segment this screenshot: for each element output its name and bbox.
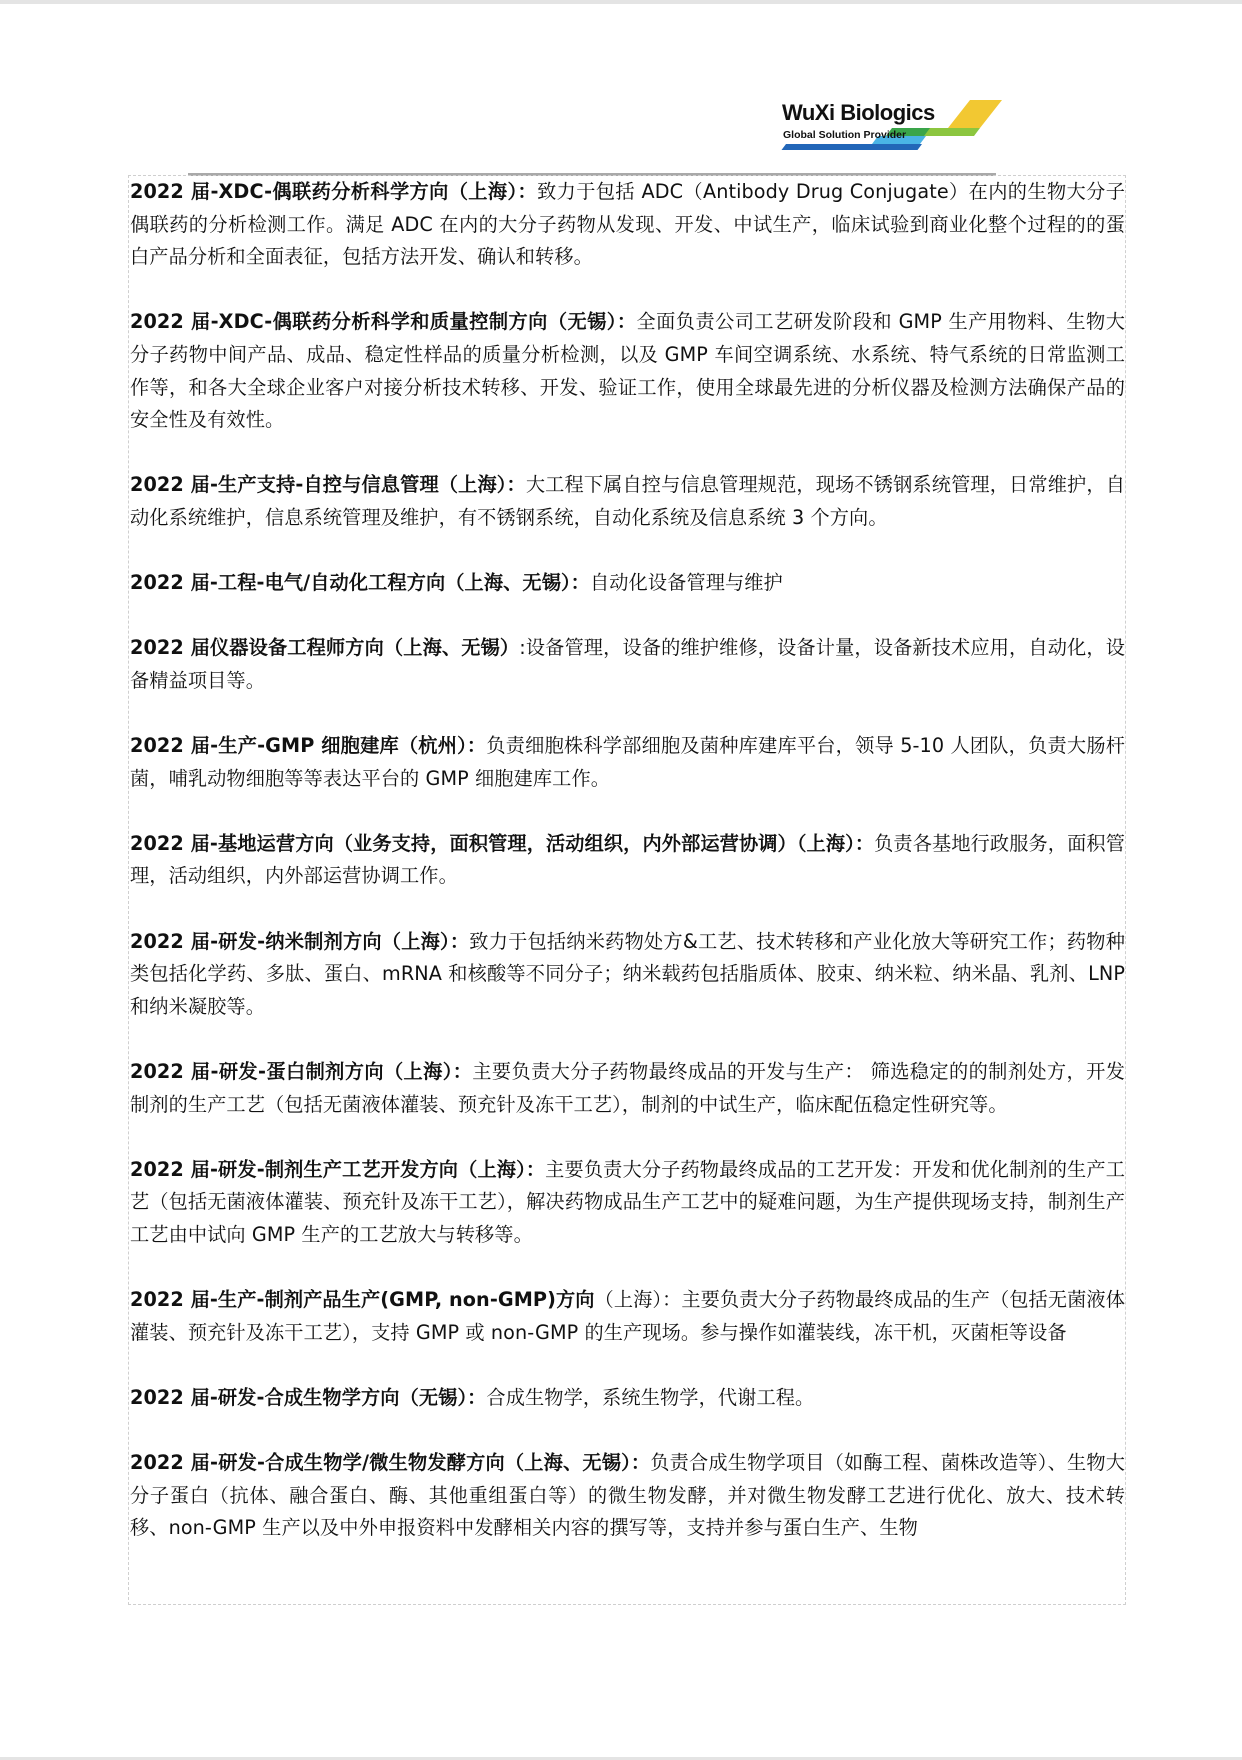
section-microbial-fermentation: 2022 届-研发-合成生物学/微生物发酵方向（上海、无锡）：负责合成生物学项目…: [130, 1447, 1125, 1545]
section-heading: 2022 届仪器设备工程师方向（上海、无锡）: [130, 636, 519, 659]
section-xdc-analytical-shanghai: 2022 届-XDC-偶联药分析科学方向（上海）：致力于包括 ADC（Antib…: [130, 176, 1125, 274]
section-nano-formulation: 2022 届-研发-纳米制剂方向（上海）：致力于包括纳米药物处方&工艺、技术转移…: [130, 926, 1125, 1024]
section-heading: 2022 届-工程-电气/自动化工程方向（上海、无锡）：: [130, 571, 590, 594]
section-heading: 2022 届-生产-GMP 细胞建库（杭州）：: [130, 734, 486, 757]
section-heading: 2022 届-生产-制剂产品生产(GMP, non-GMP)方向: [130, 1288, 595, 1311]
section-formulation-process-dev: 2022 届-研发-制剂生产工艺开发方向（上海）：主要负责大分子药物最终成品的工…: [130, 1154, 1125, 1252]
section-electrical-engineering: 2022 届-工程-电气/自动化工程方向（上海、无锡）：自动化设备管理与维护: [130, 567, 1125, 600]
section-gmp-cell-bank-hangzhou: 2022 届-生产-GMP 细胞建库（杭州）：负责细胞株科学部细胞及菌种库建库平…: [130, 730, 1125, 795]
section-heading: 2022 届-基地运营方向（业务支持，面积管理，活动组织，内外部运营协调）（上海…: [130, 832, 874, 855]
section-heading: 2022 届-研发-蛋白制剂方向（上海）：: [130, 1060, 472, 1083]
logo-title: WuXi Biologics: [782, 100, 935, 126]
logo-subtitle: Global Solution Provider: [783, 129, 906, 141]
section-body: 自动化设备管理与维护: [590, 571, 783, 594]
section-heading: 2022 届-生产支持-自控与信息管理（上海）：: [130, 473, 526, 496]
section-site-operations: 2022 届-基地运营方向（业务支持，面积管理，活动组织，内外部运营协调）（上海…: [130, 828, 1125, 893]
section-protein-formulation: 2022 届-研发-蛋白制剂方向（上海）：主要负责大分子药物最终成品的开发与生产…: [130, 1056, 1125, 1121]
section-heading: 2022 届-XDC-偶联药分析科学方向（上海）：: [130, 180, 537, 203]
section-automation-info-shanghai: 2022 届-生产支持-自控与信息管理（上海）：大工程下属自控与信息管理规范，现…: [130, 469, 1125, 534]
wuxi-biologics-logo: WuXi Biologics Global Solution Provider: [780, 100, 1010, 150]
section-heading: 2022 届-研发-制剂生产工艺开发方向（上海）：: [130, 1158, 545, 1181]
section-heading: 2022 届-研发-合成生物学/微生物发酵方向（上海、无锡）：: [130, 1451, 650, 1474]
section-xdc-qc-wuxi: 2022 届-XDC-偶联药分析科学和质量控制方向（无锡）：全面负责公司工艺研发…: [130, 306, 1125, 436]
section-drug-product-manufacturing: 2022 届-生产-制剂产品生产(GMP, non-GMP)方向（上海）：主要负…: [130, 1284, 1125, 1349]
section-body: 合成生物学，系统生物学，代谢工程。: [486, 1386, 814, 1409]
section-heading-location: （上海）：: [595, 1288, 682, 1311]
job-directions-text-box: 2022 届-XDC-偶联药分析科学方向（上海）：致力于包括 ADC（Antib…: [128, 175, 1126, 1605]
section-heading: 2022 届-研发-合成生物学方向（无锡）：: [130, 1386, 486, 1409]
section-instrument-engineer: 2022 届仪器设备工程师方向（上海、无锡）:设备管理，设备的维护维修，设备计量…: [130, 632, 1125, 697]
top-bar: [0, 0, 1242, 4]
section-heading: 2022 届-研发-纳米制剂方向（上海）：: [130, 930, 469, 953]
section-heading: 2022 届-XDC-偶联药分析科学和质量控制方向（无锡）：: [130, 310, 637, 333]
section-synthetic-biology-wuxi: 2022 届-研发-合成生物学方向（无锡）：合成生物学，系统生物学，代谢工程。: [130, 1382, 1125, 1415]
